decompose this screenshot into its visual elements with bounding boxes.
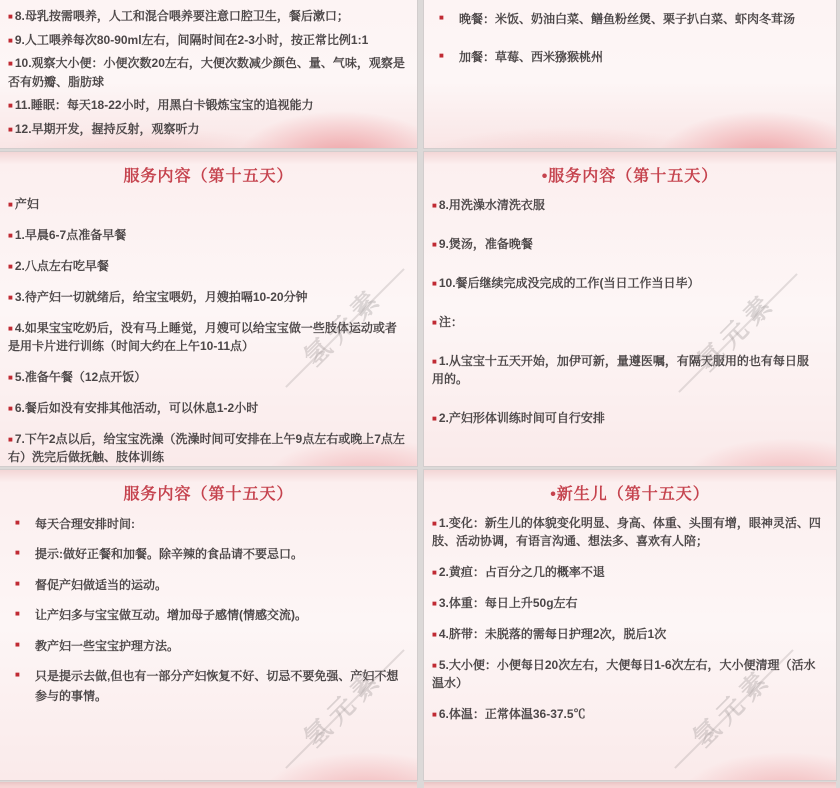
bullet-item: 5.准备午餐（12点开饭） — [8, 368, 405, 386]
bullet-item: 4.脐带：未脱落的需每日护理2次，脱后1次 — [432, 625, 822, 643]
slide-newborn-day15[interactable]: •新生儿（第十五天） 1.变化：新生儿的体貌变化明显、身高、体重、头围有增，眼神… — [424, 470, 836, 780]
bullet-item: 注： — [432, 313, 818, 331]
slide-baby-care-continued[interactable]: 8.母乳按需喂养，人工和混合喂养要注意口腔卫生，餐后漱口； 9.人工喂养每次80… — [0, 0, 417, 148]
bullet-item: 3.体重：每日上升50g左右 — [432, 594, 822, 612]
bullet-item: 8.用洗澡水清洗衣服 — [432, 196, 818, 214]
bullet-item: 1.早晨6-7点准备早餐 — [8, 226, 405, 244]
next-row-slide-edge — [0, 782, 417, 788]
slide-title: •服务内容（第十五天） — [424, 152, 836, 186]
bullet-item: 2.黄疸：占百分之几的概率不退 — [432, 563, 822, 581]
slide-title: 服务内容（第十五天） — [0, 152, 417, 186]
slide-body: 产妇 1.早晨6-7点准备早餐 2.八点左右吃早餐 3.待产妇一切就绪后，给宝宝… — [0, 186, 417, 466]
slide-title: 服务内容（第十五天） — [0, 470, 417, 504]
bullet-item: 4.如果宝宝吃奶后，没有马上睡觉，月嫂可以给宝宝做一些肢体运动或者是用卡片进行训… — [8, 319, 405, 355]
slide-body: 8.母乳按需喂养，人工和混合喂养要注意口腔卫生，餐后漱口； 9.人工喂养每次80… — [0, 0, 417, 139]
bullet-item: 每天合理安排时间: — [8, 514, 399, 534]
bullet-item: 1.从宝宝十五天开始，加伊可新，量遵医嘱，有隔天服用的也有每日服用的。 — [432, 352, 818, 388]
bullet-item: 教产妇一些宝宝护理方法。 — [8, 636, 399, 656]
bullet-item: 1.变化：新生儿的体貌变化明显、身高、体重、头围有增，眼神灵活、四肢、活动协调，… — [432, 514, 822, 550]
bullet-item: 让产妇多与宝宝做互动。增加母子感情(情感交流)。 — [8, 605, 399, 625]
slide-service-content-day15-tips[interactable]: 服务内容（第十五天） 每天合理安排时间: 提示:做好正餐和加餐。除辛辣的食品请不… — [0, 470, 417, 780]
bullet-item: 督促产妇做适当的运动。 — [8, 575, 399, 595]
slide-title: •新生儿（第十五天） — [424, 470, 836, 504]
slide-body: 晚餐：米饭、奶油白菜、鳝鱼粉丝煲、栗子扒白菜、虾肉冬茸汤 加餐：草莓、西米猕猴桃… — [424, 0, 836, 68]
bullet-item: 9.煲汤，准备晚餐 — [432, 235, 818, 253]
bullet-item: 加餐：草莓、西米猕猴桃州 — [432, 47, 816, 68]
bullet-item: 5.大小便：小便每日20次左右，大便每日1-6次左右，大小便清理（活水温水） — [432, 656, 822, 692]
bullet-item: 6.体温：正常体温36-37.5℃ — [432, 705, 822, 723]
bullet-item: 7.下午2点以后，给宝宝洗澡（洗澡时间可安排在上午9点左右或晚上7点左右）洗完后… — [8, 430, 405, 466]
bullet-item: 11.睡眠：每天18-22小时，用黑白卡锻炼宝宝的追视能力 — [8, 96, 405, 115]
slide-service-content-day15-mother[interactable]: 服务内容（第十五天） 产妇 1.早晨6-7点准备早餐 2.八点左右吃早餐 3.待… — [0, 152, 417, 466]
bullet-item: 提示:做好正餐和加餐。除辛辣的食品请不要忌口。 — [8, 544, 399, 564]
next-row-slide-edge — [424, 782, 836, 788]
slide-service-content-day15-notes[interactable]: •服务内容（第十五天） 8.用洗澡水清洗衣服 9.煲汤，准备晚餐 10.餐后继续… — [424, 152, 836, 466]
bullet-item: 10.观察大小便：小便次数20左右，大便次数减少颜色、量、气味，观察是否有奶瓣、… — [8, 54, 405, 91]
bullet-item: 10.餐后继续完成没完成的工作(当日工作当日毕） — [432, 274, 818, 292]
bullet-item: 2.八点左右吃早餐 — [8, 257, 405, 275]
slide-body: 1.变化：新生儿的体貌变化明显、身高、体重、头围有增，眼神灵活、四肢、活动协调，… — [424, 504, 836, 723]
bullet-item: 9.人工喂养每次80-90ml左右，间隔时间在2-3小时，按正常比例1:1 — [8, 31, 405, 50]
slide-meals-continued[interactable]: 晚餐：米饭、奶油白菜、鳝鱼粉丝煲、栗子扒白菜、虾肉冬茸汤 加餐：草莓、西米猕猴桃… — [424, 0, 836, 148]
slide-body: 每天合理安排时间: 提示:做好正餐和加餐。除辛辣的食品请不要忌口。 督促产妇做适… — [0, 504, 417, 707]
slide-body: 8.用洗澡水清洗衣服 9.煲汤，准备晚餐 10.餐后继续完成没完成的工作(当日工… — [424, 186, 836, 427]
bullet-item: 晚餐：米饭、奶油白菜、鳝鱼粉丝煲、栗子扒白菜、虾肉冬茸汤 — [432, 9, 816, 30]
bullet-item: 3.待产妇一切就绪后，给宝宝喂奶，月嫂拍嗝10-20分钟 — [8, 288, 405, 306]
bullet-item: 只是提示去做,但也有一部分产妇恢复不好、切忌不要免强、产妇不想参与的事情。 — [8, 666, 399, 707]
bullet-item: 6.餐后如没有安排其他活动，可以休息1-2小时 — [8, 399, 405, 417]
bullet-item: 产妇 — [8, 195, 405, 213]
bullet-item: 2.产妇形体训练时间可自行安排 — [432, 409, 818, 427]
bullet-item: 8.母乳按需喂养，人工和混合喂养要注意口腔卫生，餐后漱口； — [8, 7, 405, 26]
bullet-item: 12.早期开发，握持反射，观察听力 — [8, 120, 405, 139]
